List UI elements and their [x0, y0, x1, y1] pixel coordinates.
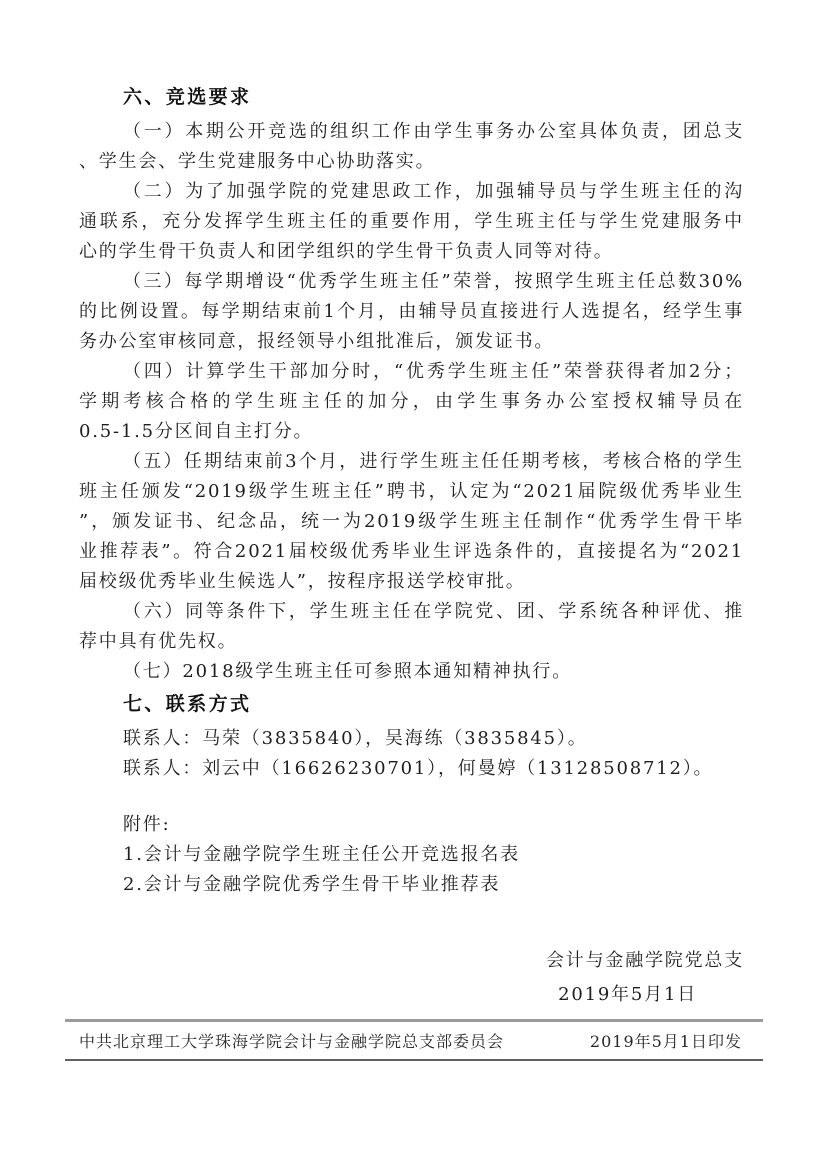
- contact-line-1: 联系人：马荣（3835840），吴海练（3835845）。: [79, 724, 744, 754]
- attachment-item-1: 1.会计与金融学院学生班主任公开竞选报名表: [79, 840, 744, 870]
- text-line: ”，颁发证书、纪念品，统一为2019级学生班主任制作“优秀学生骨干毕: [79, 507, 744, 537]
- signature-org: 会计与金融学院党总支: [79, 946, 744, 976]
- text-line: 学期考核合格的学生班主任的加分，由学生事务办公室授权辅导员在: [79, 387, 744, 417]
- text-line: （七）2018级学生班主任可参照本通知精神执行。: [79, 657, 744, 687]
- attachment-item-2: 2.会计与金融学院优秀学生骨干毕业推荐表: [79, 870, 744, 900]
- clause-six: （六）同等条件下，学生班主任在学院党、团、学系统各种评优、推荐中具有优先权。: [79, 597, 744, 657]
- text-line: 附件:: [79, 810, 744, 840]
- text-line: （一）本期公开竞选的组织工作由学生事务办公室具体负责，团总支: [79, 117, 744, 147]
- heading-section-six: 六、竞选要求: [79, 82, 744, 112]
- text-line: 心的学生骨干负责人和团学组织的学生骨干负责人同等对待。: [79, 237, 744, 267]
- footer-print-date: 2019年5月1日印发: [590, 1029, 742, 1052]
- text-line: 1.会计与金融学院学生班主任公开竞选报名表: [79, 840, 744, 870]
- text-line: （三）每学期增设“优秀学生班主任”荣誉，按照学生班主任总数30%: [79, 267, 744, 297]
- signature-date: 2019年5月1日: [79, 980, 744, 1010]
- text-line: （六）同等条件下，学生班主任在学院党、团、学系统各种评优、推: [79, 597, 744, 627]
- clause-two: （二）为了加强学院的党建思政工作，加强辅导员与学生班主任的沟通联系，充分发挥学生…: [79, 177, 744, 267]
- text-line: 通联系，充分发挥学生班主任的重要作用，学生班主任与学生党建服务中: [79, 207, 744, 237]
- attachments-label: 附件:: [79, 810, 744, 840]
- footer-issuer: 中共北京理工大学珠海学院会计与金融学院总支部委员会: [79, 1029, 504, 1052]
- text-line: 联系人：马荣（3835840），吴海练（3835845）。: [79, 724, 744, 754]
- clause-five: （五）任期结束前3个月，进行学生班主任任期考核，考核合格的学生班主任颁发“201…: [79, 447, 744, 597]
- footer-row: 中共北京理工大学珠海学院会计与金融学院总支部委员会 2019年5月1日印发: [65, 1022, 763, 1059]
- text-line: 、学生会、学生党建服务中心协助落实。: [79, 147, 744, 177]
- contact-line-2: 联系人：刘云中（16626230701），何曼婷（13128508712）。: [79, 754, 744, 784]
- text-line: 0.5-1.5分区间自主打分。: [79, 417, 744, 447]
- text-line: （四）计算学生干部加分时，“优秀学生班主任”荣誉获得者加2分；: [79, 357, 744, 387]
- heading-section-seven: 七、联系方式: [79, 689, 744, 719]
- clause-three: （三）每学期增设“优秀学生班主任”荣誉，按照学生班主任总数30%的比例设置。每学…: [79, 267, 744, 357]
- text-line: （五）任期结束前3个月，进行学生班主任任期考核，考核合格的学生: [79, 447, 744, 477]
- clause-one: （一）本期公开竞选的组织工作由学生事务办公室具体负责，团总支、学生会、学生党建服…: [79, 117, 744, 177]
- text-line: 业推荐表”。符合2021届校级优秀毕业生评选条件的，直接提名为“2021: [79, 537, 744, 567]
- document-page: 六、竞选要求（一）本期公开竞选的组织工作由学生事务办公室具体负责，团总支、学生会…: [0, 0, 827, 1169]
- clause-seven: （七）2018级学生班主任可参照本通知精神执行。: [79, 657, 744, 687]
- text-line: 荐中具有优先权。: [79, 627, 744, 657]
- text-line: 务办公室审核同意，报经领导小组批准后，颁发证书。: [79, 327, 744, 357]
- document-body: 六、竞选要求（一）本期公开竞选的组织工作由学生事务办公室具体负责，团总支、学生会…: [79, 82, 744, 1010]
- clause-four: （四）计算学生干部加分时，“优秀学生班主任”荣誉获得者加2分；学期考核合格的学生…: [79, 357, 744, 447]
- text-line: 届校级优秀毕业生候选人”，按程序报送学校审批。: [79, 567, 744, 597]
- text-line: 班主任颁发“2019级学生班主任”聘书，认定为“2021届院级优秀毕业生: [79, 477, 744, 507]
- text-line: （二）为了加强学院的党建思政工作，加强辅导员与学生班主任的沟: [79, 177, 744, 207]
- text-line: 的比例设置。每学期结束前1个月，由辅导员直接进行人选提名，经学生事: [79, 297, 744, 327]
- text-line: 2.会计与金融学院优秀学生骨干毕业推荐表: [79, 870, 744, 900]
- text-line: 联系人：刘云中（16626230701），何曼婷（13128508712）。: [79, 754, 744, 784]
- footer-imprint-block: 中共北京理工大学珠海学院会计与金融学院总支部委员会 2019年5月1日印发: [65, 1019, 763, 1061]
